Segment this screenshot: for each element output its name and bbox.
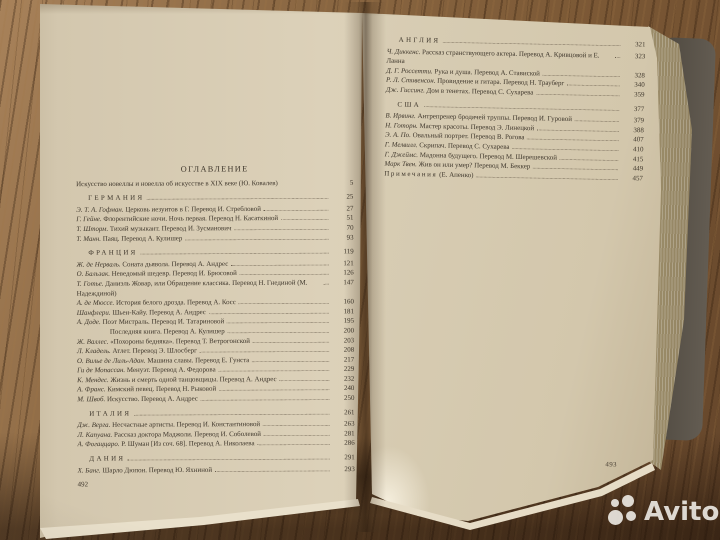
toc-page-number: 359 <box>622 90 645 100</box>
toc-page-number: 119 <box>331 247 353 257</box>
toc-row-text: ГЕРМАНИЯ <box>88 194 144 202</box>
toc-page-number: 286 <box>332 439 354 449</box>
toc-row-text: Флорентийские ночи. Ночь первая. Перевод… <box>103 215 278 223</box>
toc-row-author: Л. Капуана. <box>77 431 112 438</box>
toc-page-number: 328 <box>622 71 645 81</box>
toc-row-author: Г. Гейне. <box>76 216 101 223</box>
toc-row-body: А. де Мюссе. История белого дрозда. Пере… <box>77 298 236 308</box>
toc-leader-dots <box>264 210 329 211</box>
toc-row-author: Г. Джеймс. <box>385 151 419 159</box>
toc-row-body: Искусство новеллы и новелла об искусстве… <box>76 179 278 190</box>
toc-leader-dots <box>215 470 330 471</box>
toc-row-body: Дж. Гиссинг. Дом в тенетах. Перевод С. С… <box>386 86 534 98</box>
toc-row-text: Церковь иезуитов в Г. Перевод И. Стребло… <box>125 205 261 213</box>
toc-page-number: 200 <box>332 327 354 337</box>
toc-page-number: 195 <box>332 317 354 327</box>
toc-row-body: ФРАНЦИЯ <box>76 249 137 259</box>
toc-row-body: ИТАЛИЯ <box>77 409 131 419</box>
toc-leader-dots <box>218 370 329 371</box>
toc-leader-dots <box>200 351 330 352</box>
toc-row: ИТАЛИЯ 261 <box>77 408 354 419</box>
toc-row-text: Даниэль Жовар, или Обращение классика. П… <box>77 279 308 297</box>
toc-row-author: Э. Т. А. Гофман. <box>76 206 123 214</box>
toc-leader-dots <box>575 121 619 123</box>
toc-page-number: 449 <box>621 164 644 174</box>
toc-page-number: 281 <box>332 429 354 439</box>
toc-row-author: Марк Твен. <box>384 160 417 168</box>
toc-leader-dots <box>185 239 329 240</box>
toc-row-text: Р. Шуман [Из соч. 68]. Перевод А. Никола… <box>121 440 254 448</box>
avito-watermark: Avito <box>608 495 719 528</box>
toc-row-text: (Е. Апенко) <box>439 171 473 179</box>
toc-page-number: 263 <box>332 420 354 430</box>
toc-leader-dots <box>227 322 329 323</box>
toc-row-author: А. Доде. <box>77 319 101 326</box>
toc-page-number: 208 <box>332 346 354 356</box>
toc-leader-dots <box>323 284 328 285</box>
toc-row-author: К. Мендес. <box>77 377 109 384</box>
toc-row: ФРАНЦИЯ 119 <box>76 247 353 258</box>
toc-row-text: ИТАЛИЯ <box>89 410 131 417</box>
toc-row-body: Т. Шторм. Тихий музыкант. Перевод И. Зус… <box>76 224 231 234</box>
toc-leader-dots <box>209 313 329 314</box>
toc-row-author: Шанфлери. <box>77 309 111 316</box>
toc-page-number: 340 <box>622 81 645 91</box>
toc-leader-dots <box>512 148 618 151</box>
toc-row-author: А. де Мюссе. <box>77 300 115 307</box>
left-page-toc: ОГЛАВЛЕНИЕ Искусство новеллы и новелла о… <box>76 164 355 491</box>
toc-row: А. Фогаццаро. Р. Шуман [Из соч. 68]. Пер… <box>77 439 354 450</box>
toc-row-body: 492 <box>78 481 88 491</box>
toc-row-text: Тихий музыкант. Перевод И. Зусманович <box>110 225 232 233</box>
toc-page-number: 160 <box>331 298 353 308</box>
toc-row-body: ДАНИЯ <box>78 455 126 465</box>
toc-row-text: США <box>397 101 421 109</box>
toc-page-number: 217 <box>332 355 354 365</box>
toc-row-body: Ж. Валлес. «Похороны бедняка». Перевод Т… <box>77 337 250 348</box>
toc-row-author: О. Вилье де Лиль-Адан. <box>77 357 146 365</box>
toc-page-number: 93 <box>331 233 353 243</box>
toc-leader-dots <box>567 85 620 87</box>
toc-page-number: 291 <box>332 453 354 463</box>
toc-row-text: Дом в тенетах. Перевод С. Сухарева <box>427 87 534 96</box>
toc-row-author: Д. Г. Россетти. <box>386 67 433 75</box>
toc-row-text: Скрипач. Перевод С. Сухарева <box>419 142 509 151</box>
toc-page-number: 410 <box>621 145 644 155</box>
toc-row-body: Л. Кладель. Атлет. Перевод Э. Шлосберг <box>77 347 197 357</box>
toc-row-text: Жив он или умер? Перевод М. Беккер <box>419 161 531 170</box>
toc-leader-dots <box>536 94 619 96</box>
toc-row-author: О. Бальзак. <box>77 271 110 278</box>
toc-page-number: 323 <box>623 52 646 62</box>
toc-leader-dots <box>263 425 330 426</box>
toc-row-body: Примечания (Е. Апенко) <box>384 169 473 180</box>
toc-row-author: Т. Готье. <box>77 280 104 287</box>
toc-row-body: США <box>385 100 421 110</box>
toc-row: Х. Банг. Шарло Дюпон. Перевод Ю. Яхниной… <box>78 465 355 476</box>
toc-row-text: АНГЛИЯ <box>399 37 441 45</box>
toc-leader-dots <box>264 435 330 436</box>
toc-page-number: 379 <box>622 116 645 126</box>
toc-page-number: 121 <box>331 259 353 269</box>
toc-row-author: А. Фогаццаро. <box>77 441 119 448</box>
toc-leader-dots <box>560 159 619 161</box>
toc-row-text: Несчастные артисты. Перевод И. Константи… <box>112 421 260 429</box>
toc-row-author: Примечания <box>384 170 437 178</box>
toc-row-body: Г. Гейне. Флорентийские ночи. Ночь перва… <box>76 214 278 225</box>
toc-row-author: Т. Манн. <box>76 235 101 242</box>
toc-page-number: 126 <box>331 269 353 279</box>
toc-row-text: Последняя книга. Перевод А. Кулишер <box>110 328 225 336</box>
toc-page-number: 5 <box>331 178 353 188</box>
toc-page-number: 51 <box>331 214 353 224</box>
toc-leader-dots <box>147 198 328 200</box>
toc-row-text: Атлет. Перевод Э. Шлосберг <box>112 347 197 355</box>
toc-page-number: 377 <box>622 105 645 115</box>
toc-leader-dots <box>424 106 620 110</box>
toc-page-number: 321 <box>623 40 646 50</box>
toc-row-body: АНГЛИЯ <box>387 36 441 47</box>
toc-row-text: Паяц. Перевод А. Кулишер <box>103 235 183 243</box>
toc-leader-dots <box>443 42 620 46</box>
toc-row-author: Р. Л. Стивенсон. <box>386 77 436 85</box>
toc-row-text: Шарло Дюпон. Перевод Ю. Яхниной <box>102 466 212 474</box>
toc-page-number: 27 <box>331 204 353 214</box>
toc-leader-dots <box>252 361 329 362</box>
toc-page-number: 457 <box>620 174 643 184</box>
toc-row-text: Искусство. Перевод А. Андрес <box>107 395 198 403</box>
toc-page-number: 240 <box>332 384 354 394</box>
toc-row-text: ДАНИЯ <box>89 455 125 462</box>
toc-leader-dots <box>201 399 330 400</box>
toc-row-author: Э. А. По. <box>385 132 411 140</box>
toc-page-number: 181 <box>332 307 354 317</box>
toc-page-number: 147 <box>331 278 353 288</box>
toc-row-text: Рука и душа. Перевод А. Ставиской <box>434 68 540 77</box>
toc-leader-dots <box>615 57 620 58</box>
right-page-folio: 493 <box>598 461 625 469</box>
avito-watermark-label: Avito <box>644 497 719 527</box>
toc-row-author: Ж. Валлес. <box>77 338 109 345</box>
toc-row-body: О. Вилье де Лиль-Адан. Машина славы. Пер… <box>77 356 249 367</box>
toc-leader-dots <box>281 219 329 220</box>
toc-page-number: 407 <box>621 135 644 145</box>
toc-row-text: ФРАНЦИЯ <box>88 249 137 257</box>
toc-row-author: М. Швоб. <box>77 396 105 403</box>
toc-row-text: Машина славы. Перевод Е. Гунста <box>147 357 249 365</box>
toc-row-text: «Похороны бедняка». Перевод Т. Ветрогонс… <box>110 337 250 345</box>
toc-row-author: В. Ирвинг. <box>385 112 416 120</box>
toc-row-body: К. Мендес. Жизнь и смерть одной танцовщи… <box>77 375 276 386</box>
toc-leader-dots <box>279 380 329 381</box>
toc-row-author: Ч. Диккенс. <box>387 48 421 56</box>
toc-page-number: 70 <box>331 224 353 234</box>
toc-row-text: Рассказ доктора Маджоли. Перевод И. Собо… <box>114 431 261 439</box>
toc-row-body: ГЕРМАНИЯ <box>76 194 144 204</box>
toc-page-number: 203 <box>332 336 354 346</box>
toc-row-body: Х. Банг. Шарло Дюпон. Перевод Ю. Яхниной <box>78 466 213 476</box>
toc-leader-dots <box>253 342 329 343</box>
toc-row-text: 492 <box>78 481 88 488</box>
toc-row: 492 <box>78 479 355 490</box>
toc-row-author: Дж. Гиссинг. <box>386 86 425 94</box>
toc-leader-dots <box>134 414 330 416</box>
toc-page-number: 25 <box>331 193 353 203</box>
toc-row-text: Искусство новеллы и новелла об искусстве… <box>76 180 278 188</box>
toc-row-author: Х. Банг. <box>78 467 101 474</box>
toc-row: Т. Готье. Даниэль Жовар, или Обращение к… <box>77 278 354 299</box>
toc-leader-dots <box>527 139 618 141</box>
avito-logo-icon <box>608 495 640 528</box>
toc-leader-dots <box>239 303 329 304</box>
toc-row-text: Неведомый шедевр. Перевод И. Брюсовой <box>112 270 237 278</box>
toc-row-author: Л. Кладель. <box>77 348 111 355</box>
toc-row-text: Овальный портрет. Перевод В. Рогова <box>413 132 525 141</box>
toc-page-number: 229 <box>332 365 354 375</box>
toc-leader-dots <box>140 253 328 255</box>
toc-row-author: Н. Готорн. <box>385 122 418 130</box>
toc-row-text: Менуэт. Перевод А. Федорова <box>127 366 216 374</box>
toc-leader-dots <box>128 459 330 461</box>
toc-row-text: Соната дьявола. Перевод А. Андрес <box>122 260 228 268</box>
toc-row-author: Ж. де Нерваль. <box>77 261 121 268</box>
toc-row: ДАНИЯ 291 <box>78 453 355 464</box>
toc-leader-dots <box>476 176 618 179</box>
toc-leader-dots <box>537 129 619 131</box>
toc-leader-dots <box>543 75 620 77</box>
toc-leader-dots <box>257 444 329 445</box>
toc-row-author: Ги де Мопассан. <box>77 367 125 375</box>
toc-row-text: Поэт Мистраль. Перевод И. Татариновой <box>102 318 224 326</box>
toc-row-body: Т. Манн. Паяц. Перевод А. Кулишер <box>76 234 182 244</box>
toc-row: М. Швоб. Искусство. Перевод А. Андрес 25… <box>77 394 354 405</box>
toc-leader-dots <box>239 274 328 275</box>
toc-row-text: ОГЛАВЛЕНИЕ <box>181 164 249 174</box>
toc-leader-dots <box>231 264 329 265</box>
toc-row-text: Шьен-Кайу. Перевод А. Андрес <box>112 309 206 317</box>
toc-page-number: 388 <box>621 126 644 136</box>
toc-leader-dots <box>219 390 329 391</box>
toc-row-text: Кимский певец. Перевод Н. Рыковой <box>107 386 216 394</box>
book-photo-scene: ОГЛАВЛЕНИЕ Искусство новеллы и новелла о… <box>0 0 720 540</box>
toc-leader-dots <box>234 229 328 230</box>
toc-row-body: Т. Готье. Даниэль Жовар, или Обращение к… <box>77 279 321 300</box>
toc-row: ГЕРМАНИЯ 25 <box>76 193 353 204</box>
toc-leader-dots <box>533 168 618 170</box>
toc-page-number: 250 <box>332 394 354 404</box>
toc-row-body: М. Швоб. Искусство. Перевод А. Андрес <box>77 395 198 405</box>
toc-row-text: История белого дрозда. Перевод А. Косс <box>116 299 236 307</box>
toc-page-number: 415 <box>621 155 644 165</box>
toc-row-author: Т. Шторм. <box>76 226 108 233</box>
toc-row-author: А. Франс. <box>77 386 105 393</box>
toc-row-body: ОГЛАВЛЕНИЕ <box>181 164 249 174</box>
toc-row: Т. Манн. Паяц. Перевод А. Кулишер 93 <box>76 233 353 244</box>
right-page-toc: АНГЛИЯ 321 Ч. Диккенс. Рассказ странству… <box>384 31 646 184</box>
toc-row: ОГЛАВЛЕНИЕ <box>76 164 353 175</box>
toc-leader-dots <box>227 332 329 333</box>
toc-row-author: Г. Мелвилл. <box>385 141 418 149</box>
toc-page-number: 232 <box>332 375 354 385</box>
toc-page-number: 261 <box>332 408 354 418</box>
toc-row: Искусство новеллы и новелла об искусстве… <box>76 178 353 189</box>
toc-row-text: Жизнь и смерть одной танцовщицы. Перевод… <box>110 376 276 384</box>
toc-row-author: Дж. Верга. <box>77 422 110 429</box>
toc-row-text: Провидение и гитара. Перевод Н. Трауберг <box>437 78 564 88</box>
toc-row-body: А. Фогаццаро. Р. Шуман [Из соч. 68]. Пер… <box>77 440 254 451</box>
toc-page-number: 293 <box>332 465 354 475</box>
toc-row-text: Мастер красоты. Перевод Э. Линецкой <box>419 123 534 132</box>
